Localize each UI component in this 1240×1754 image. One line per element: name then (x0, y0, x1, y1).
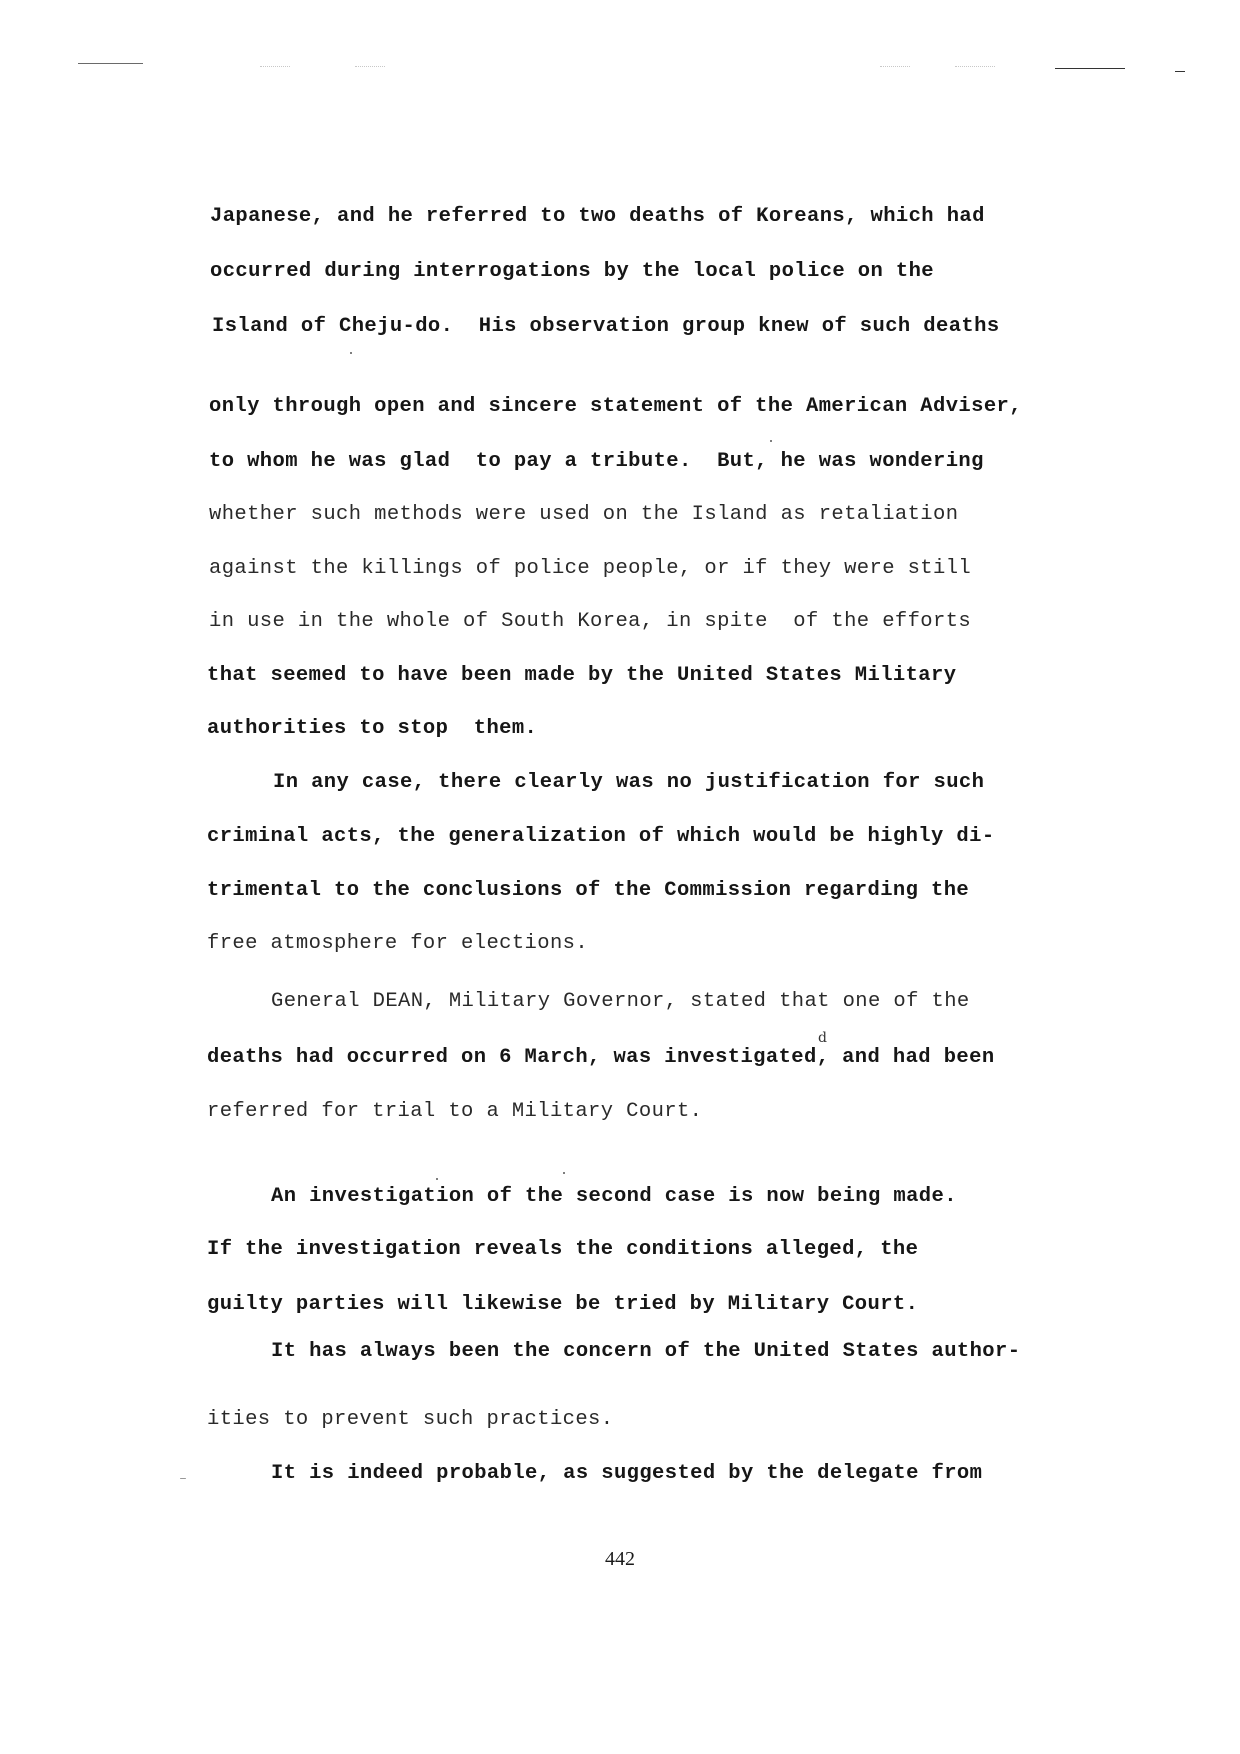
text-line: against the killings of police people, o… (209, 557, 971, 581)
paragraph-start: It is indeed probable, as suggested by t… (271, 1462, 982, 1486)
text-line: free atmosphere for elections. (207, 932, 588, 956)
text-line: Japanese, and he referred to two deaths … (210, 205, 985, 229)
paragraph-start: An investigation of the second case is n… (271, 1185, 957, 1209)
text-line: ities to prevent such practices. (207, 1408, 613, 1432)
scan-artifact-dots (880, 66, 910, 68)
text-line: that seemed to have been made by the Uni… (207, 664, 956, 688)
text-line: occurred during interrogations by the lo… (210, 260, 934, 284)
text-line: trimental to the conclusions of the Comm… (207, 879, 969, 903)
text-line: guilty parties will likewise be tried by… (207, 1293, 918, 1317)
text-line: only through open and sincere statement … (209, 395, 1022, 419)
scan-speck (770, 440, 772, 442)
scan-speck (350, 352, 352, 354)
scan-speck (180, 1478, 186, 1479)
text-line: to whom he was glad to pay a tribute. Bu… (209, 450, 984, 474)
scan-artifact-dots (955, 66, 995, 68)
scan-artifact-dots (260, 66, 290, 68)
scan-artifact-dots (355, 66, 385, 68)
text-line: whether such methods were used on the Is… (209, 503, 958, 527)
text-line: deaths had occurred on 6 March, was inve… (207, 1046, 995, 1070)
document-page: Japanese, and he referred to two deaths … (0, 0, 1240, 1754)
scan-speck (563, 1172, 565, 1174)
text-line: in use in the whole of South Korea, in s… (209, 610, 971, 634)
paragraph-start: General DEAN, Military Governor, stated … (271, 990, 970, 1014)
scan-artifact-line (1055, 68, 1125, 69)
scan-artifact-line (78, 63, 143, 64)
text-line: If the investigation reveals the conditi… (207, 1238, 918, 1262)
handwritten-mark: d (818, 1030, 827, 1046)
scan-speck (436, 1178, 438, 1180)
text-line: criminal acts, the generalization of whi… (207, 825, 995, 849)
scan-artifact-line (1175, 71, 1185, 72)
text-line: Island of Cheju-do. His observation grou… (212, 315, 1000, 339)
page-number: 442 (0, 1548, 1240, 1571)
paragraph-start: It has always been the concern of the Un… (271, 1340, 1020, 1364)
text-line: referred for trial to a Military Court. (207, 1100, 702, 1124)
paragraph-start: In any case, there clearly was no justif… (273, 771, 984, 795)
text-line: authorities to stop them. (207, 717, 537, 741)
